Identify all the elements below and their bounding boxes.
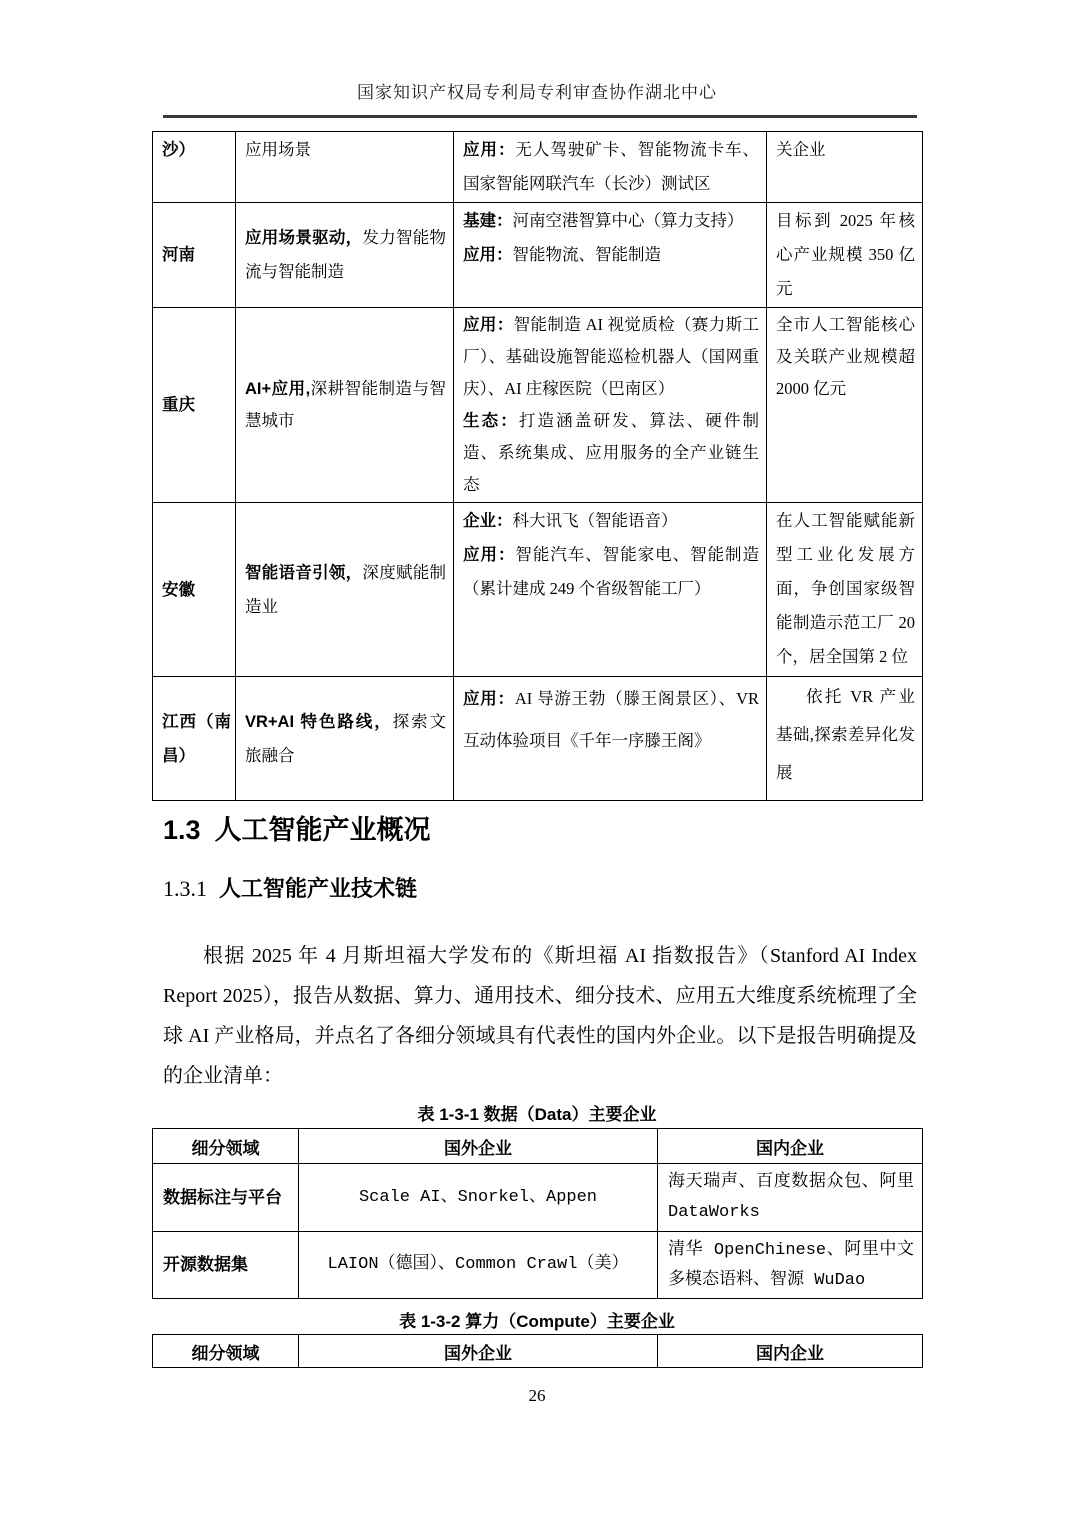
strategy-cell: 智能语音引领，深度赋能制造业 xyxy=(236,503,454,677)
strategy-lead: AI+应用, xyxy=(245,380,310,398)
header-rule xyxy=(163,115,917,118)
domestic-companies-cell: 海天瑞声、百度数据众包、阿里 DataWorks xyxy=(658,1164,923,1232)
outcome-cell: 全市人工智能核心及关联产业规模超2000 亿元 xyxy=(767,308,923,503)
detail-text: 智能物流、智能制造 xyxy=(513,245,662,264)
table-row: 河南 应用场景驱动，发力智能物流与智能制造 基建：河南空港智算中心（算力支持） … xyxy=(153,203,923,308)
outcome-cell: 关企业 xyxy=(767,132,923,203)
page-number: 26 xyxy=(0,1386,1074,1406)
outcome-cell: 依托 VR 产业基础,探索差异化发展 xyxy=(767,677,923,801)
strategy-cell: 应用场景 xyxy=(236,132,454,203)
data-enterprises-table: 细分领域 国外企业 国内企业 数据标注与平台 Scale AI、Snorkel、… xyxy=(152,1128,923,1299)
strategy-lead: 应用场景驱动， xyxy=(245,229,362,247)
detail-lead: 应用： xyxy=(463,546,515,564)
strategy-cell: 应用场景驱动，发力智能物流与智能制造 xyxy=(236,203,454,308)
strategy-cell: AI+应用,深耕智能制造与智慧城市 xyxy=(236,308,454,503)
table-row: 重庆 AI+应用,深耕智能制造与智慧城市 应用：智能制造 AI 视觉质检（赛力斯… xyxy=(153,308,923,503)
document-page: 国家知识产权局专利局专利审查协作湖北中心 沙） 应用场景 应用：无人驾驶矿卡、智… xyxy=(0,0,1074,1520)
outcome-cell: 目标到 2025 年核心产业规模 350 亿元 xyxy=(767,203,923,308)
column-header: 国内企业 xyxy=(658,1129,923,1164)
body-paragraph: 根据 2025 年 4 月斯坦福大学发布的《斯坦福 AI 指数报告》（Stanf… xyxy=(163,936,917,1096)
subsection-number: 1.3.1 xyxy=(163,876,207,901)
subsection-title: 人工智能产业技术链 xyxy=(219,876,417,901)
table-row: 安徽 智能语音引领，深度赋能制造业 企业：科大讯飞（智能语音） 应用：智能汽车、… xyxy=(153,503,923,677)
strategy-cell: VR+AI 特色路线，探索文旅融合 xyxy=(236,677,454,801)
section-title: 人工智能产业概况 xyxy=(215,815,431,845)
strategy-text: 应用场景 xyxy=(245,140,311,159)
detail-text: 科大讯飞（智能语音） xyxy=(513,511,678,530)
details-cell: 基建：河南空港智算中心（算力支持） 应用：智能物流、智能制造 xyxy=(454,203,767,308)
column-header: 细分领域 xyxy=(153,1129,299,1164)
table-row: 江西（南昌） VR+AI 特色路线，探索文旅融合 应用：AI 导游王勃（滕王阁景… xyxy=(153,677,923,801)
detail-lead: 基建： xyxy=(463,212,513,230)
column-header: 国外企业 xyxy=(299,1335,658,1368)
strategy-lead: VR+AI 特色路线， xyxy=(245,713,393,731)
column-header: 国内企业 xyxy=(658,1335,923,1368)
subsection-heading: 1.3.1人工智能产业技术链 xyxy=(163,872,417,903)
section-number: 1.3 xyxy=(163,815,201,845)
section-heading: 1.3人工智能产业概况 xyxy=(163,808,431,847)
detail-lead: 生态： xyxy=(463,412,519,430)
outcome-cell: 在人工智能赋能新型工业化发展方面，争创国家级智能制造示范工厂 20 个，居全国第… xyxy=(767,503,923,677)
table-row: 数据标注与平台 Scale AI、Snorkel、Appen 海天瑞声、百度数据… xyxy=(153,1164,923,1232)
province-cell: 河南 xyxy=(153,203,236,308)
foreign-companies-cell: Scale AI、Snorkel、Appen xyxy=(299,1164,658,1232)
detail-lead: 应用： xyxy=(463,246,513,264)
table-caption-compute: 表 1-3-2 算力（Compute）主要企业 xyxy=(152,1307,922,1332)
province-cell: 江西（南昌） xyxy=(153,677,236,801)
province-cell: 重庆 xyxy=(153,308,236,503)
table-row: 沙） 应用场景 应用：无人驾驶矿卡、智能物流卡车、国家智能网联汽车（长沙）测试区… xyxy=(153,132,923,203)
detail-lead: 应用： xyxy=(463,316,514,334)
table-caption-data: 表 1-3-1 数据（Data）主要企业 xyxy=(152,1100,922,1125)
domestic-companies-cell: 清华 OpenChinese、阿里中文多模态语料、智源 WuDao xyxy=(658,1232,923,1299)
table-row: 开源数据集 LAION（德国）、Common Crawl（美） 清华 OpenC… xyxy=(153,1232,923,1299)
table-header-row: 细分领域 国外企业 国内企业 xyxy=(153,1335,923,1368)
page-header-text: 国家知识产权局专利局专利审查协作湖北中心 xyxy=(0,78,1074,103)
strategy-lead: 智能语音引领， xyxy=(245,564,362,582)
details-cell: 应用：无人驾驶矿卡、智能物流卡车、国家智能网联汽车（长沙）测试区 xyxy=(454,132,767,203)
detail-text: 河南空港智算中心（算力支持） xyxy=(513,211,744,230)
compute-enterprises-table: 细分领域 国外企业 国内企业 xyxy=(152,1334,923,1368)
details-cell: 应用：智能制造 AI 视觉质检（赛力斯工厂）、基础设施智能巡检机器人（国网重庆）… xyxy=(454,308,767,503)
field-cell: 开源数据集 xyxy=(153,1232,299,1299)
details-cell: 应用：AI 导游王勃（滕王阁景区）、VR 互动体验项目《千年一序滕王阁》 xyxy=(454,677,767,801)
detail-lead: 企业： xyxy=(463,512,513,530)
province-cell: 安徽 xyxy=(153,503,236,677)
detail-lead: 应用： xyxy=(463,141,515,159)
detail-lead: 应用： xyxy=(463,690,515,708)
column-header: 国外企业 xyxy=(299,1129,658,1164)
province-cell: 沙） xyxy=(153,132,236,203)
column-header: 细分领域 xyxy=(153,1335,299,1368)
foreign-companies-cell: LAION（德国）、Common Crawl（美） xyxy=(299,1232,658,1299)
table-header-row: 细分领域 国外企业 国内企业 xyxy=(153,1129,923,1164)
details-cell: 企业：科大讯飞（智能语音） 应用：智能汽车、智能家电、智能制造（累计建成 249… xyxy=(454,503,767,677)
region-strategy-table: 沙） 应用场景 应用：无人驾驶矿卡、智能物流卡车、国家智能网联汽车（长沙）测试区… xyxy=(152,131,923,801)
field-cell: 数据标注与平台 xyxy=(153,1164,299,1232)
